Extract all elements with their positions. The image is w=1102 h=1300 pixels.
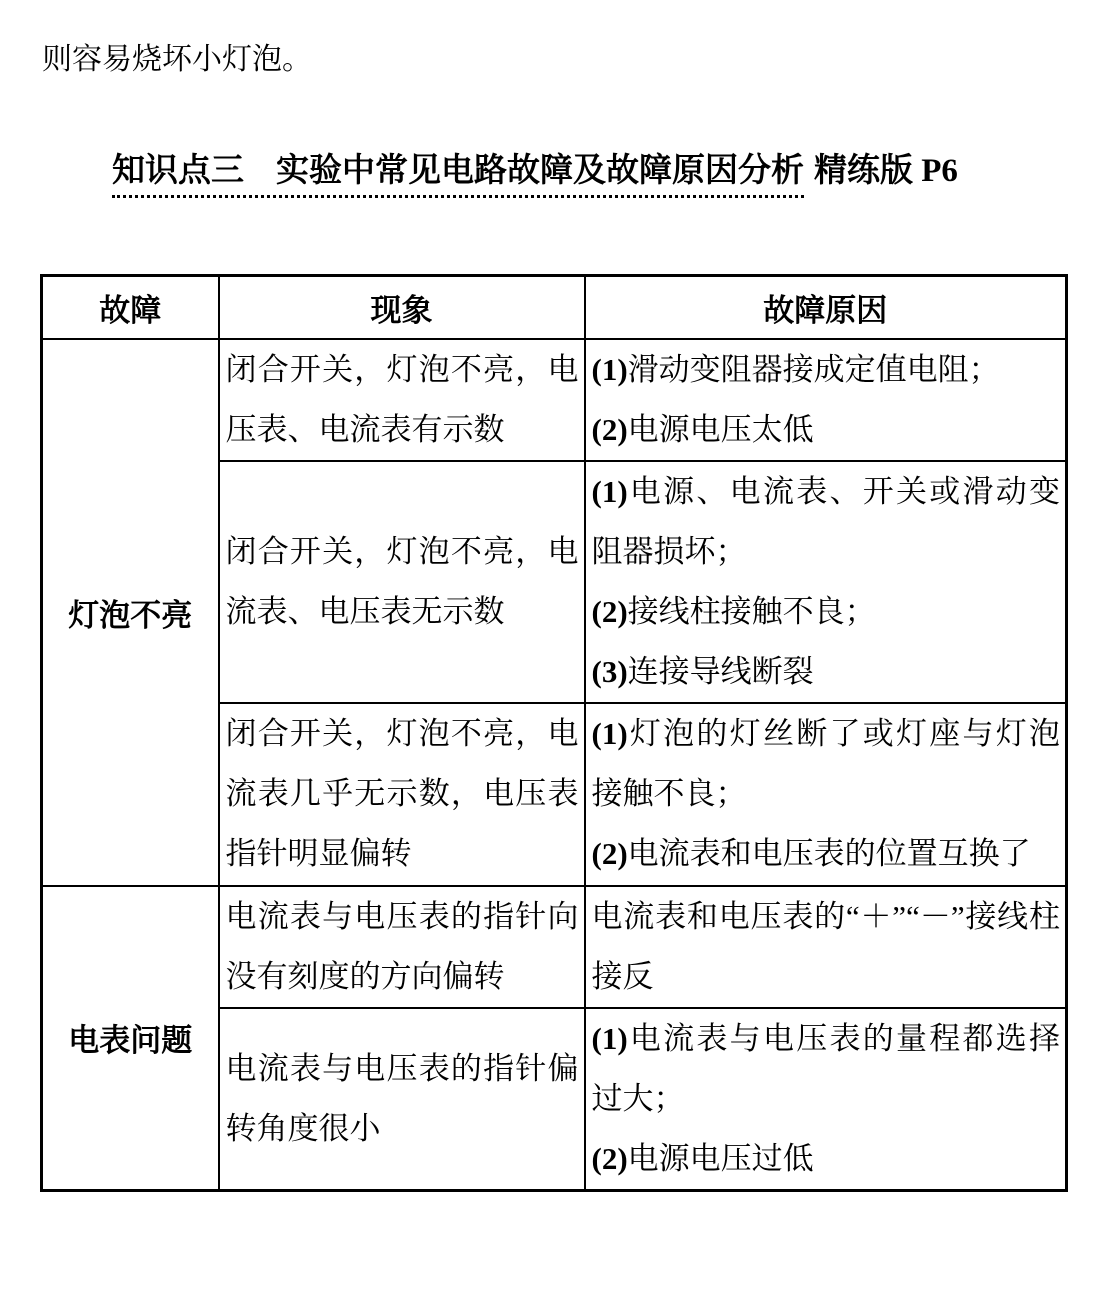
table-header-row: 故障 现象 故障原因 [42,276,1067,339]
cause-item: (1)电流表与电压表的量程都选择过大； [592,1009,1061,1129]
cause-item: (2)电源电压太低 [592,400,1061,460]
phenomenon-cell: 电流表与电压表的指针偏转角度很小 [219,1008,585,1191]
section-heading: 知识点三实验中常见电路故障及故障原因分析精练版 P6 [112,150,1102,198]
cause-item: (1)滑动变阻器接成定值电阻； [592,340,1061,400]
cause-text: 电源、电流表、开关或滑动变阻器损坏； [592,474,1061,569]
phenomenon-cell: 闭合开关，灯泡不亮，电压表、电流表有示数 [219,339,585,461]
cause-number: (1) [592,352,628,387]
heading-edition-page: 精练版 P6 [814,153,958,189]
cause-number: (3) [592,654,628,689]
cause-item: (3)连接导线断裂 [592,642,1061,702]
cause-item: (2)接线柱接触不良； [592,582,1061,642]
cause-text: 电源电压太低 [628,412,814,447]
cause-text: 接线柱接触不良； [628,594,876,629]
cause-item: 电流表和电压表的“＋”“－”接线柱接反 [592,887,1061,1007]
cause-number: (2) [592,836,628,871]
cause-number: (2) [592,1141,628,1176]
fault-group-meter: 电表问题 [42,886,219,1191]
cause-number: (2) [592,594,628,629]
cause-item: (2)电源电压过低 [592,1129,1061,1189]
phenomenon-cell: 闭合开关，灯泡不亮，电流表几乎无示数，电压表指针明显偏转 [219,703,585,886]
intro-text: 则容易烧坏小灯泡。 [42,40,1102,80]
cause-text: 灯泡的灯丝断了或灯座与灯泡接触不良； [592,716,1061,811]
header-cause: 故障原因 [585,276,1067,339]
cause-text: 电流表和电压表的“＋”“－”接线柱接反 [592,899,1061,994]
cause-text: 电流表与电压表的量程都选择过大； [592,1021,1061,1116]
cause-cell: 电流表和电压表的“＋”“－”接线柱接反 [585,886,1067,1008]
table-row: 灯泡不亮 闭合开关，灯泡不亮，电压表、电流表有示数 (1)滑动变阻器接成定值电阻… [42,339,1067,461]
cause-text: 电流表和电压表的位置互换了 [628,836,1031,871]
cause-text: 连接导线断裂 [628,654,814,689]
header-phenomenon: 现象 [219,276,585,339]
cause-number: (2) [592,412,628,447]
table-row: 电表问题 电流表与电压表的指针向没有刻度的方向偏转 电流表和电压表的“＋”“－”… [42,886,1067,1008]
fault-group-bulb: 灯泡不亮 [42,339,219,886]
phenomenon-cell: 电流表与电压表的指针向没有刻度的方向偏转 [219,886,585,1008]
knowledge-point-label: 知识点三 [112,151,244,188]
cause-item: (2)电流表和电压表的位置互换了 [592,824,1061,884]
cause-number: (1) [592,474,628,509]
cause-item: (1)灯泡的灯丝断了或灯座与灯泡接触不良； [592,704,1061,824]
cause-text: 滑动变阻器接成定值电阻； [628,352,1000,387]
heading-title: 实验中常见电路故障及故障原因分析 [276,151,804,188]
cause-number: (1) [592,716,628,751]
heading-underlined-part: 知识点三实验中常见电路故障及故障原因分析 [112,150,804,198]
cause-cell: (1)滑动变阻器接成定值电阻； (2)电源电压太低 [585,339,1067,461]
header-fault: 故障 [42,276,219,339]
cause-number: (1) [592,1021,628,1056]
cause-text: 电源电压过低 [628,1141,814,1176]
fault-table: 故障 现象 故障原因 灯泡不亮 闭合开关，灯泡不亮，电压表、电流表有示数 (1)… [40,274,1068,1192]
cause-item: (1)电源、电流表、开关或滑动变阻器损坏； [592,462,1061,582]
cause-cell: (1)电流表与电压表的量程都选择过大； (2)电源电压过低 [585,1008,1067,1191]
document-page: 则容易烧坏小灯泡。 知识点三实验中常见电路故障及故障原因分析精练版 P6 故障 … [0,40,1102,1300]
cause-cell: (1)电源、电流表、开关或滑动变阻器损坏； (2)接线柱接触不良； (3)连接导… [585,461,1067,703]
phenomenon-cell: 闭合开关，灯泡不亮，电流表、电压表无示数 [219,461,585,703]
cause-cell: (1)灯泡的灯丝断了或灯座与灯泡接触不良； (2)电流表和电压表的位置互换了 [585,703,1067,886]
